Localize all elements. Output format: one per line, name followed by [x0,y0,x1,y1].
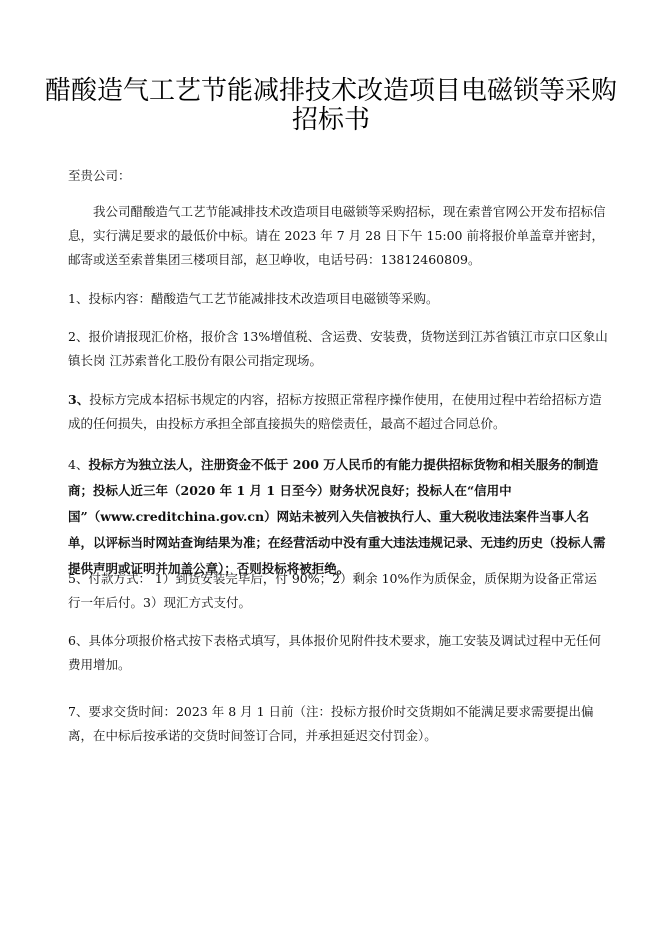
document-title: 醋酸造气工艺节能减排技术改造项目电磁锁等采购招标书 [40,77,622,135]
item-3: 3、投标方完成本招标书规定的内容，招标方按照正常程序操作使用，在使用过程中若给招… [68,388,608,436]
item-text: 投标内容：醋酸造气工艺节能减排技术改造项目电磁锁等采购。 [88,291,438,306]
item-number: 6、 [68,633,88,648]
item-number: 4、 [68,457,88,472]
item-2: 2、报价请报现汇价格，报价含 13%增值税、含运费、安装费，货物送到江苏省镇江市… [68,325,608,373]
item-text: 投标方为独立法人，注册资金不低于 200 万人民币的有能力提供招标货物和相关服务… [68,457,606,576]
item-number: 2、 [68,329,88,344]
document-page: 醋酸造气工艺节能减排技术改造项目电磁锁等采购招标书 至贵公司： 我公司醋酸造气工… [0,0,662,936]
item-6: 6、具体分项报价格式按下表格式填写，具体报价见附件技术要求，施工安装及调试过程中… [68,629,608,677]
item-number: 7、 [68,704,88,719]
item-text: 具体分项报价格式按下表格式填写，具体报价见附件技术要求，施工安装及调试过程中无任… [68,633,601,672]
intro-paragraph: 我公司醋酸造气工艺节能减排技术改造项目电磁锁等采购招标，现在索普官网公开发布招标… [68,200,608,272]
item-text: 投标方完成本招标书规定的内容，招标方按照正常程序操作使用，在使用过程中若给招标方… [68,392,602,431]
item-text: 要求交货时间：2023 年 8 月 1 日前（注：投标方报价时交货期如不能满足要… [68,704,594,743]
item-text: 报价请报现汇价格，报价含 13%增值税、含运费、安装费，货物送到江苏省镇江市京口… [68,329,608,368]
item-5: 5、付款方式： 1）到货安装完毕后，付 90%；2）剩余 10%作为质保金，质保… [68,567,608,615]
salutation: 至贵公司： [68,164,608,188]
item-4: 4、投标方为独立法人，注册资金不低于 200 万人民币的有能力提供招标货物和相关… [68,452,608,582]
item-number: 5、 [68,571,88,586]
item-number: 3、 [68,392,89,407]
item-number: 1、 [68,291,88,306]
item-1: 1、投标内容：醋酸造气工艺节能减排技术改造项目电磁锁等采购。 [68,287,608,311]
item-7: 7、要求交货时间：2023 年 8 月 1 日前（注：投标方报价时交货期如不能满… [68,700,608,748]
item-text: 付款方式： 1）到货安装完毕后，付 90%；2）剩余 10%作为质保金，质保期为… [68,571,597,610]
